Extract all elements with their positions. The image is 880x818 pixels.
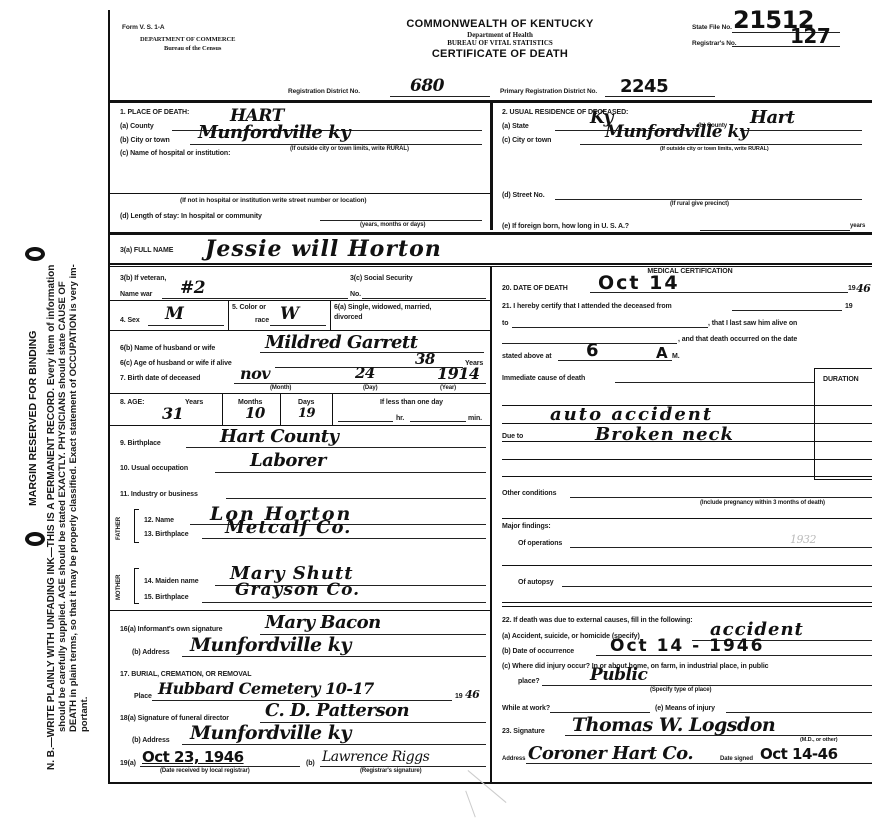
res-city-label: (c) City or town — [502, 137, 551, 144]
crease-mark — [465, 791, 476, 818]
res-city-note: (If outside city or town limits, write R… — [660, 146, 769, 152]
margin-instruction-line-2: should be carefully supplied. AGE should… — [57, 264, 68, 770]
father-name-label: 12. Name — [144, 517, 174, 524]
reg-district-label: Registration District No. — [288, 88, 360, 95]
duration-label: DURATION — [823, 376, 859, 383]
certifier-address-value: Coroner Hart Co. — [528, 743, 693, 764]
margin-instructions: N. B.—WRITE PLAINLY WITH UNFADING INK—TH… — [46, 264, 90, 770]
external-heading: 22. If death was due to external causes,… — [502, 617, 693, 624]
birth-year-value: 1914 — [437, 364, 480, 383]
director-signature-value: C. D. Patterson — [265, 700, 409, 721]
sex-value: M — [165, 304, 183, 324]
burial-year-value: 46 — [465, 688, 479, 701]
occurred-label: , and that death occurred on the date — [678, 336, 797, 343]
date-signed-label: Date signed — [720, 756, 753, 762]
burial-place-value: Hubbard Cemetery 10-17 — [158, 679, 374, 698]
autopsy-label: Of autopsy — [518, 579, 554, 586]
death-time-value: 6 — [586, 340, 598, 361]
age-years-label: Years — [185, 399, 203, 406]
occupation-value: Laborer — [250, 450, 326, 471]
age-days-label: Days — [298, 399, 314, 406]
occurrence-date-label: (b) Date of occurrence — [502, 648, 574, 655]
primary-reg-label: Primary Registration District No. — [500, 88, 597, 95]
date-signed-value: Oct 14-46 — [760, 745, 838, 763]
state-title: COMMONWEALTH OF KENTUCKY — [350, 18, 650, 30]
industry-label: 11. Industry or business — [120, 491, 198, 498]
form-number: Form V. S. 1-A — [122, 24, 164, 31]
father-bracket — [134, 509, 139, 543]
bureau-census-label: Bureau of the Census — [164, 45, 221, 52]
res-county-value: Hart — [750, 107, 794, 128]
veteran-label: 3(b) If veteran, — [120, 275, 166, 282]
informant-address-value: Munfordville ky — [190, 634, 351, 656]
full-name-value: Jessie will Horton — [205, 236, 442, 262]
primary-reg-number: 2245 — [620, 76, 668, 97]
death-ampm-value: A — [656, 344, 667, 362]
injury-place-value: Public — [590, 665, 647, 685]
certifier-signature-note: (M.D., or other) — [800, 737, 838, 743]
pod-hospital-note: (If not in hospital or institution write… — [180, 197, 367, 204]
margin-instruction-line-4: portant. — [79, 264, 90, 770]
faint-mark: 1932 — [790, 533, 816, 546]
death-date-label: 20. DATE OF DEATH — [502, 285, 568, 292]
birth-month-value: nov — [240, 364, 270, 383]
margin-binding-label: MARGIN RESERVED FOR BINDING — [27, 331, 39, 506]
stated-above-label: stated above at — [502, 353, 551, 360]
res-foreign-unit: years — [850, 223, 865, 229]
war-label: Name war — [120, 291, 152, 298]
binding-hole-top — [25, 247, 45, 261]
certifier-address-label: Address — [502, 756, 525, 762]
occupation-label: 10. Usual occupation — [120, 465, 188, 472]
birth-date-label: 7. Birth date of deceased — [120, 375, 200, 382]
occurrence-date-value: Oct 14 - 1946 — [610, 636, 764, 656]
father-birthplace-label: 13. Birthplace — [144, 531, 189, 538]
burial-heading: 17. BURIAL, CREMATION, OR REMOVAL — [120, 671, 251, 678]
race-value: W — [280, 304, 299, 324]
mother-birthplace-label: 15. Birthplace — [144, 594, 189, 601]
attend-label: 21. I hereby certify that I attended the… — [502, 303, 672, 310]
dept-health-label: Department of Health — [350, 31, 650, 39]
other-conditions-note: (Include pregnancy within 3 months of de… — [700, 500, 825, 506]
spouse-label: 6(b) Name of husband or wife — [120, 345, 215, 352]
spouse-value: Mildred Garrett — [265, 332, 418, 353]
pod-county-label: (a) County — [120, 123, 154, 130]
birth-year-caption: (Year) — [440, 385, 456, 391]
death-date-value: Oct 14 — [598, 272, 680, 294]
informant-address-label: (b) Address — [132, 649, 170, 656]
department-label: DEPARTMENT OF COMMERCE — [140, 36, 235, 43]
pod-city-label: (b) City or town — [120, 137, 170, 144]
spouse-age-label: 6(c) Age of husband or wife if alive — [120, 360, 232, 367]
injury-place-note: (Specify type of place) — [650, 687, 711, 693]
mother-bracket — [134, 568, 139, 604]
age-less-than-day-label: If less than one day — [380, 399, 443, 406]
birth-day-caption: (Day) — [363, 385, 378, 391]
race-label: 5. Color or — [232, 304, 266, 311]
age-years-value: 31 — [162, 404, 183, 423]
injury-place-label: place? — [518, 678, 540, 685]
registrar-number: 127 — [790, 24, 830, 48]
age-months-value: 10 — [245, 404, 265, 422]
death-certificate-form: Form V. S. 1-A DEPARTMENT OF COMMERCE Bu… — [108, 10, 870, 784]
binding-hole-bottom — [25, 532, 45, 546]
immediate-cause-label: Immediate cause of death — [502, 375, 585, 382]
ssn-no-label: No. — [350, 291, 361, 298]
director-address-value: Munfordville ky — [190, 722, 351, 744]
pod-city-value: Munfordville ky — [198, 122, 350, 143]
marital-label-2: divorced — [334, 314, 362, 321]
father-birthplace-value: Metcalf Co. — [225, 517, 351, 538]
birth-month-caption: (Month) — [270, 385, 291, 391]
burial-year-prefix: 19 — [455, 693, 463, 700]
res-state-label: (a) State — [502, 123, 529, 130]
mother-maiden-label: 14. Maiden name — [144, 578, 199, 585]
pod-stay-label: (d) Length of stay: In hospital or commu… — [120, 213, 262, 220]
due-to-label: Due to — [502, 433, 523, 440]
informant-signature-value: Mary Bacon — [265, 612, 381, 633]
reg-district-number: 680 — [410, 76, 444, 96]
attend-year: 19 — [845, 303, 853, 310]
to-label: to — [502, 320, 508, 327]
birth-day-value: 24 — [355, 364, 375, 382]
burial-place-label: Place — [134, 693, 152, 700]
age-label: 8. AGE: — [120, 399, 144, 406]
place-of-death-heading: 1. PLACE OF DEATH: — [120, 109, 189, 116]
certifier-signature-label: 23. Signature — [502, 728, 545, 735]
res-street-note: (If rural give precinct) — [670, 201, 729, 207]
while-at-work-label: While at work? — [502, 705, 550, 712]
birthplace-value: Hart County — [220, 426, 339, 447]
received-caption: (Date received by local registrar) — [160, 768, 250, 774]
age-min-label: min. — [468, 415, 482, 422]
res-city-value: Munfordville ky — [605, 122, 748, 142]
registrar-label: (b) — [306, 760, 315, 767]
ampm-suffix: M. — [672, 353, 680, 360]
death-year-value: 46 — [856, 282, 870, 295]
registrar-signature-value: Lawrence Riggs — [322, 749, 429, 765]
war-value: #2 — [180, 278, 205, 298]
res-street-label: (d) Street No. — [502, 192, 545, 199]
margin-instruction-line-1: N. B.—WRITE PLAINLY WITH UNFADING INK—TH… — [46, 264, 57, 770]
full-name-label: 3(a) FULL NAME — [120, 247, 173, 254]
immediate-cause-value: auto accident — [550, 404, 713, 425]
means-of-injury-label: (e) Means of injury — [655, 705, 715, 712]
age-hr-label: hr. — [396, 415, 404, 422]
pod-hospital-label: (c) Name of hospital or institution: — [120, 150, 230, 157]
pod-city-note: (If outside city or town limits, write R… — [290, 146, 409, 152]
sex-label: 4. Sex — [120, 317, 140, 324]
father-tag: FATHER — [116, 517, 122, 540]
pod-stay-note: (years, months or days) — [360, 222, 425, 228]
last-saw-label: , that I last saw him alive on — [708, 320, 797, 327]
race-label-2: race — [255, 317, 269, 324]
certifier-signature-value: Thomas W. Logsdon — [572, 714, 775, 736]
margin-instruction-line-3: DEATH in plain terms, so that it may be … — [68, 264, 79, 770]
ssn-label: 3(c) Social Security — [350, 275, 413, 282]
major-findings-label: Major findings: — [502, 523, 551, 530]
birthplace-label: 9. Birthplace — [120, 440, 161, 447]
director-address-label: (b) Address — [132, 737, 170, 744]
death-year-prefix: 19 — [848, 285, 856, 292]
spouse-age-value: 38 — [415, 350, 435, 368]
mother-birthplace-value: Grayson Co. — [235, 580, 360, 600]
marital-label: 6(a) Single, widowed, married, — [334, 304, 431, 311]
state-file-label: State File No. — [692, 24, 732, 31]
informant-signature-label: 16(a) Informant's own signature — [120, 626, 222, 633]
registrar-no-label: Registrar's No. — [692, 40, 736, 47]
operations-label: Of operations — [518, 540, 562, 547]
received-label: 19(a) — [120, 760, 136, 767]
certificate-title: CERTIFICATE OF DEATH — [350, 48, 650, 60]
received-value: Oct 23, 1946 — [142, 748, 244, 766]
other-conditions-label: Other conditions — [502, 490, 556, 497]
director-signature-label: 18(a) Signature of funeral director — [120, 715, 229, 722]
bureau-vital-label: BUREAU OF VITAL STATISTICS — [350, 39, 650, 47]
registrar-caption: (Registrar's signature) — [360, 768, 421, 774]
mother-tag: MOTHER — [116, 575, 122, 600]
age-days-value: 19 — [298, 406, 315, 421]
res-foreign-label: (e) If foreign born, how long in U. S. A… — [502, 223, 629, 230]
duration-box — [814, 368, 872, 480]
